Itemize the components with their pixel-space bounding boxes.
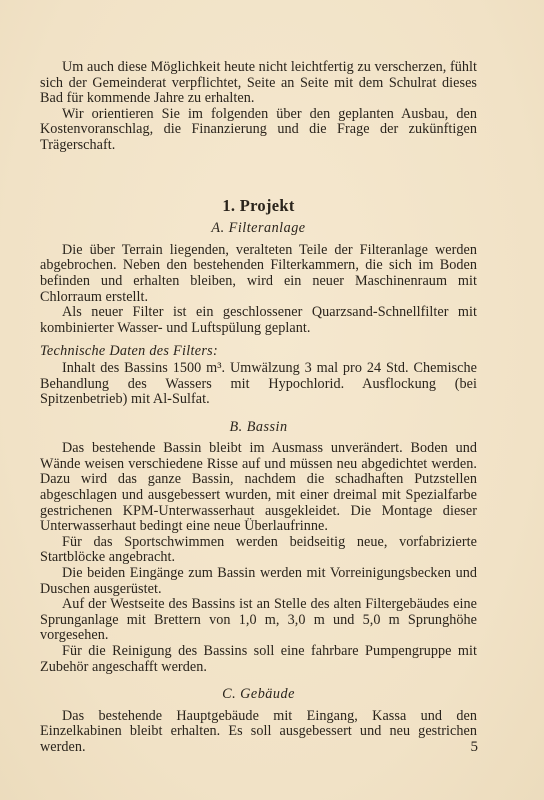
body-paragraph: Für das Sportschwimmen werden beidseitig… <box>40 535 477 566</box>
subsection-heading-gebaeude: C. Gebäude <box>40 687 477 703</box>
body-paragraph: Die über Terrain liegenden, veralteten T… <box>40 243 477 305</box>
tech-data-heading: Technische Daten des Filters: <box>40 344 477 360</box>
document-page: Um auch diese Möglichkeit heute nicht le… <box>0 0 544 800</box>
page-content: Um auch diese Möglichkeit heute nicht le… <box>40 60 477 756</box>
section-title: 1. Projekt <box>40 198 477 214</box>
intro-block: Um auch diese Möglichkeit heute nicht le… <box>40 60 477 154</box>
subsection-heading-filteranlage: A. Filteranlage <box>40 221 477 237</box>
body-paragraph: Für die Reinigung des Bassins soll eine … <box>40 644 477 675</box>
body-paragraph: Die beiden Eingänge zum Bassin werden mi… <box>40 566 477 597</box>
body-paragraph: Das bestehende Hauptgebäude mit Eingang,… <box>40 709 477 756</box>
intro-paragraph: Um auch diese Möglichkeit heute nicht le… <box>40 60 477 107</box>
intro-paragraph: Wir orientieren Sie im folgenden über de… <box>40 107 477 154</box>
subsection-heading-bassin: B. Bassin <box>40 420 477 436</box>
body-paragraph: Auf der Westseite des Bassins ist an Ste… <box>40 597 477 644</box>
body-paragraph: Das bestehende Bassin bleibt im Ausmass … <box>40 441 477 535</box>
page-number: 5 <box>466 739 478 756</box>
tech-data-paragraph: Inhalt des Bassins 1500 m³. Umwälzung 3 … <box>40 361 477 408</box>
body-paragraph: Als neuer Filter ist ein geschlossener Q… <box>40 305 477 336</box>
